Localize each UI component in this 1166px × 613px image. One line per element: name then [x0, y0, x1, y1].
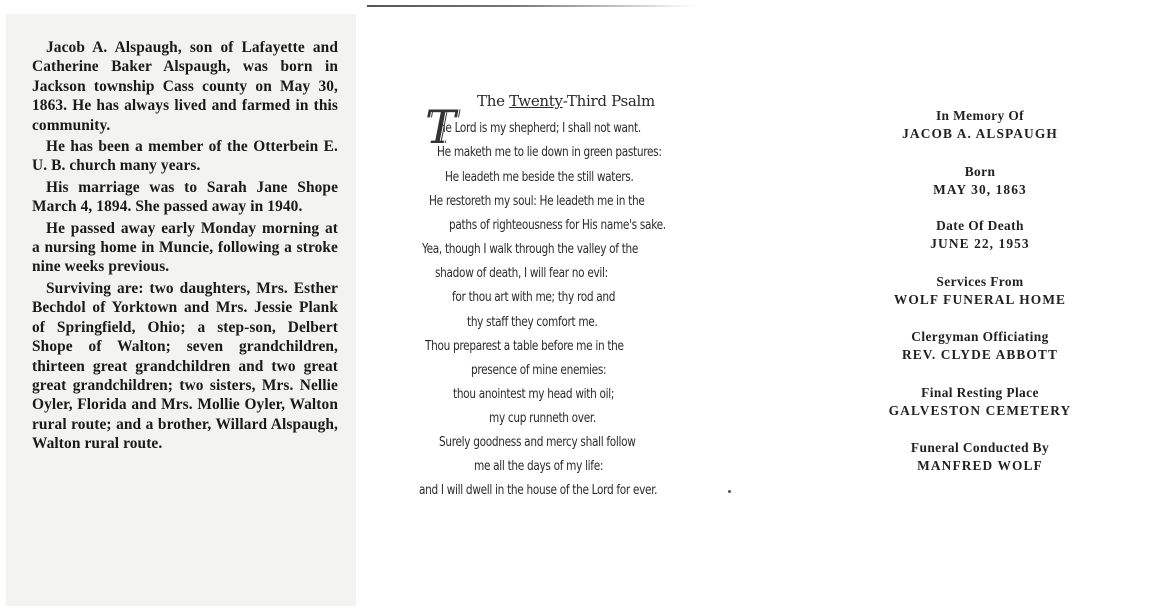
psalm-line: presence of mine enemies:: [471, 363, 606, 378]
psalm-line: shadow of death, I will fear no evil:: [435, 266, 608, 281]
memorial-label: In Memory Of: [780, 107, 1166, 124]
obituary-text: Jacob A. Alspaugh, son of Lafayette and …: [32, 38, 338, 454]
psalm-line: Surely goodness and mercy shall follow: [439, 435, 636, 450]
memorial-value: MAY 30, 1863: [780, 180, 1166, 200]
psalm-line: Thou preparest a table before me in the: [425, 339, 624, 354]
obituary-paragraph-death: He passed away early Monday morning at a…: [32, 219, 338, 277]
obituary-paragraph-marriage: His marriage was to Sarah Jane Shope Mar…: [32, 178, 338, 217]
psalm-title-underlined: Twenty: [509, 92, 563, 110]
obituary-clipping: Jacob A. Alspaugh, son of Lafayette and …: [6, 14, 356, 606]
psalm-line: He restoreth my soul: He leadeth me in t…: [429, 194, 645, 209]
obituary-paragraph-survivors: Surviving are: two daughters, Mrs. Esthe…: [32, 279, 338, 454]
memorial-card: In Memory Of JACOB A. ALSPAUGH Born MAY …: [780, 0, 1166, 613]
memorial-value: GALVESTON CEMETERY: [780, 401, 1166, 421]
memorial-section-clergyman: Clergyman Officiating REV. CLYDE ABBOTT: [780, 328, 1166, 365]
card-edge-divider: [367, 5, 697, 7]
memorial-value: JACOB A. ALSPAUGH: [780, 124, 1166, 144]
psalm-line: for thou art with me; thy rod and: [452, 290, 615, 305]
memorial-value: JUNE 22, 1953: [780, 234, 1166, 254]
memorial-label: Clergyman Officiating: [780, 328, 1166, 345]
psalm-line: He maketh me to lie down in green pastur…: [437, 145, 662, 160]
memorial-label: Funeral Conducted By: [780, 439, 1166, 456]
memorial-label: Services From: [780, 273, 1166, 290]
memorial-value: WOLF FUNERAL HOME: [780, 290, 1166, 310]
memorial-section-services: Services From WOLF FUNERAL HOME: [780, 273, 1166, 310]
memorial-label: Date Of Death: [780, 217, 1166, 234]
psalm-title-pre: The: [477, 92, 509, 110]
psalm-line: and I will dwell in the house of the Lor…: [419, 483, 657, 498]
psalm-line: me all the days of my life:: [474, 459, 603, 474]
psalm-line: paths of righteousness for His name's sa…: [449, 218, 666, 233]
memorial-section-date-of-death: Date Of Death JUNE 22, 1953: [780, 217, 1166, 254]
memorial-label: Final Resting Place: [780, 384, 1166, 401]
psalm-line: my cup runneth over.: [489, 411, 596, 426]
memorial-section-resting-place: Final Resting Place GALVESTON CEMETERY: [780, 384, 1166, 421]
psalm-line: thy staff they comfort me.: [467, 315, 598, 330]
psalm-line: Yea, though I walk through the valley of…: [422, 242, 638, 257]
psalm-line: He leadeth me beside the still waters.: [445, 170, 634, 185]
psalm-title: The Twenty-Third Psalm: [477, 92, 655, 110]
print-speck: [728, 490, 731, 493]
psalm-line: thou anointest my head with oil;: [453, 387, 614, 402]
psalm-card: The Twenty-Third Psalm T he Lord is my s…: [365, 0, 775, 613]
memorial-section-funeral-director: Funeral Conducted By MANFRED WOLF: [780, 439, 1166, 476]
psalm-title-post: -Third Psalm: [563, 92, 655, 110]
memorial-value: MANFRED WOLF: [780, 456, 1166, 476]
memorial-section-in-memory: In Memory Of JACOB A. ALSPAUGH: [780, 107, 1166, 144]
memorial-value: REV. CLYDE ABBOTT: [780, 345, 1166, 365]
obituary-paragraph-birth: Jacob A. Alspaugh, son of Lafayette and …: [32, 38, 338, 135]
memorial-section-born: Born MAY 30, 1863: [780, 163, 1166, 200]
obituary-paragraph-church: He has been a member of the Otterbein E.…: [32, 137, 338, 176]
memorial-label: Born: [780, 163, 1166, 180]
psalm-line: he Lord is my shepherd; I shall not want…: [439, 121, 641, 136]
